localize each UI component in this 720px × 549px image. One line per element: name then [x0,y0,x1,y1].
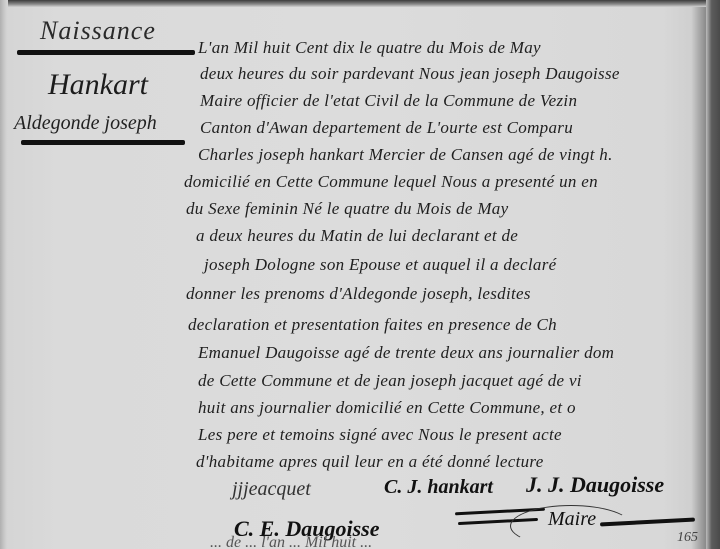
signature-father-hankart: C. J. hankart [384,476,493,499]
signature-mayor-title: Maire [548,508,596,531]
body-line-15: Les pere et temoins signé avec Nous le p… [198,425,562,445]
signature-witness-jacquet: jjjeacquet [232,478,311,501]
body-line-8: a deux heures du Matin de lui declarant … [196,226,518,246]
body-line-11: declaration et presentation faites en pr… [188,315,557,335]
body-line-4: Canton d'Awan departement de L'ourte est… [200,118,573,138]
signature-mayor-daugoisse: J. J. Daugoisse [526,472,664,498]
margin-surname: Hankart [48,68,148,102]
margin-heading: Naissance [40,16,156,46]
body-line-16: d'habitame apres quil leur en a été donn… [196,452,544,472]
body-line-12: Emanuel Daugoisse agé de trente deux ans… [198,343,614,363]
body-line-1: L'an Mil huit Cent dix le quatre du Mois… [198,38,541,58]
scan-binding-edge [706,0,720,549]
next-entry-partial-line: ... de ... l'an ... Mil huit ... [210,534,372,549]
body-line-6: domicilié en Cette Commune lequel Nous a… [184,172,598,192]
scan-left-edge [0,0,8,549]
body-line-14: huit ans journalier domicilié en Cette C… [198,398,576,418]
margin-rule-bottom [21,140,185,145]
scan-top-edge [0,0,720,7]
body-line-7: du Sexe feminin Né le quatre du Mois de … [186,199,508,219]
folio-number: 165 [677,530,698,546]
body-line-9: joseph Dologne son Epouse et auquel il a… [204,255,556,275]
margin-rule-top [17,50,195,55]
body-line-2: deux heures du soir pardevant Nous jean … [200,64,620,84]
body-line-13: de Cette Commune et de jean joseph jacqu… [198,371,582,391]
margin-given-names: Aldegonde joseph [14,112,157,135]
body-line-5: Charles joseph hankart Mercier de Cansen… [198,145,613,165]
document-scan: Naissance Hankart Aldegonde joseph L'an … [0,0,720,549]
body-line-10: donner les prenoms d'Aldegonde joseph, l… [186,284,531,304]
body-line-3: Maire officier de l'etat Civil de la Com… [200,91,577,111]
